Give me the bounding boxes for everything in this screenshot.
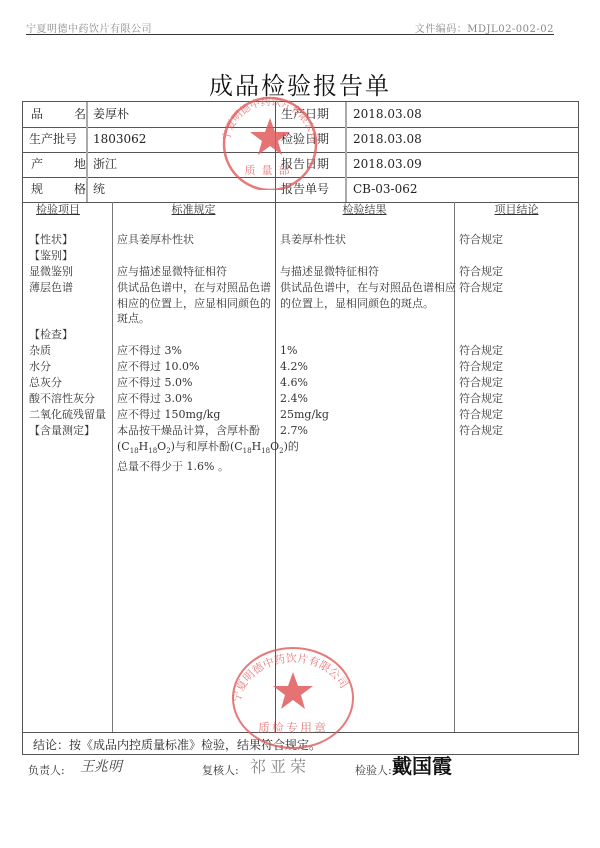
cell-item: 显微鉴别 [29,264,73,280]
product-name-value: 姜厚朴 [93,102,129,127]
company-name: 宁夏明德中药饮片有限公司 [26,20,152,35]
cell-conclusion: 符合规定 [459,423,503,439]
report-date-value: 2018.03.09 [353,152,422,177]
divider [86,102,88,202]
prod-date-label: 生产日期 [281,102,329,127]
col-header-result: 检验结果 [275,202,454,218]
report-no-value: CB-03-062 [353,177,418,202]
cell-result: 4.2% [280,359,308,375]
cell-conclusion: 符合规定 [459,359,503,375]
cell-conclusion: 符合规定 [459,264,503,280]
cell-result: 4.6% [280,375,308,391]
responsible-signature: 王兆明 [80,756,122,776]
batch-value: 1803062 [93,127,146,152]
report-table: 品名 姜厚朴 生产日期 2018.03.08 生产批号 1803062 检验日期… [22,101,579,755]
cell-standard: 本品按干燥品计算，含厚朴酚 (C18H18O2)与和厚朴酚(C18H18O2)的… [117,423,299,475]
insp-date-value: 2018.03.08 [353,127,422,152]
reviewer-signature: 祁亚荣 [250,754,310,777]
cell-result: 供试品色谱中，在与对照品色谱相应 的位置上，显相同颜色的斑点。 [280,280,456,311]
cell-item: 二氧化硫残留量 [29,407,106,423]
document-code: 文件编码：MDJL02-002-02 [415,20,554,35]
spec-value: 统 [93,177,105,202]
cell-standard: 供试品色谱中，在与对照品色谱 相应的位置上，应显相同颜色的 斑点。 [117,280,271,327]
cell-result: 2.7% [280,423,308,439]
reviewer-label: 复核人: [202,762,239,778]
cell-conclusion: 符合规定 [459,407,503,423]
cell-conclusion: 符合规定 [459,280,503,296]
cell-item: 【鉴别】 [29,248,73,264]
cell-item: 总灰分 [29,375,62,391]
cell-standard: 应不得过 10.0% [117,359,199,375]
cell-item: 【检查】 [29,327,73,343]
origin-label: 产地 [31,152,86,177]
results-section: 检验项目 标准规定 检验结果 项目结论 【性状】应具姜厚朴性状具姜厚朴性状符合规… [23,202,578,732]
origin-value: 浙江 [93,152,117,177]
cell-item: 薄层色谱 [29,280,73,296]
cell-standard: 应具姜厚朴性状 [117,232,194,248]
cell-result: 与描述显微特征相符 [280,264,379,280]
page-header: 宁夏明德中药饮片有限公司 文件编码：MDJL02-002-02 [26,20,554,35]
conclusion-text: 结论：按《成品内控质量标准》检验，结果符合规定。 [23,732,578,755]
cell-standard: 应与描述显微特征相符 [117,264,227,280]
product-name-label: 品名 [31,102,86,127]
divider [275,102,276,202]
report-date-label: 报告日期 [281,152,329,177]
insp-date-label: 检验日期 [281,127,329,152]
cell-result: 25mg/kg [280,407,329,423]
cell-result: 2.4% [280,391,308,407]
cell-item: 杂质 [29,343,51,359]
report-no-label: 报告单号 [281,177,329,202]
cell-conclusion: 符合规定 [459,391,503,407]
inspector-signature: 戴国霞 [392,750,452,779]
batch-label: 生产批号 [29,127,77,152]
cell-standard: 应不得过 5.0% [117,375,192,391]
info-row: 品名 姜厚朴 生产日期 2018.03.08 [23,102,578,128]
col-header-conclusion: 项目结论 [454,202,579,218]
divider [345,102,347,202]
info-row: 规格 统 报告单号 CB-03-062 [23,177,578,203]
page-title: 成品检验报告单 [0,66,600,101]
responsible-label: 负责人: [28,762,65,778]
cell-conclusion: 符合规定 [459,343,503,359]
info-row: 生产批号 1803062 检验日期 2018.03.08 [23,127,578,153]
cell-conclusion: 符合规定 [459,375,503,391]
prod-date-value: 2018.03.08 [353,102,422,127]
col-header-item: 检验项目 [23,202,93,218]
inspector-label: 检验人: [355,762,392,778]
divider [112,202,113,732]
cell-item: 水分 [29,359,51,375]
cell-item: 【含量测定】 [29,423,95,439]
cell-standard: 应不得过 150mg/kg [117,407,220,423]
cell-standard: 应不得过 3.0% [117,391,192,407]
col-header-standard: 标准规定 [112,202,275,218]
spec-label: 规格 [31,177,86,202]
cell-result: 1% [280,343,297,359]
cell-result: 具姜厚朴性状 [280,232,346,248]
cell-item: 酸不溶性灰分 [29,391,95,407]
info-row: 产地 浙江 报告日期 2018.03.09 [23,152,578,178]
cell-item: 【性状】 [29,232,73,248]
cell-conclusion: 符合规定 [459,232,503,248]
cell-standard: 应不得过 3% [117,343,182,359]
